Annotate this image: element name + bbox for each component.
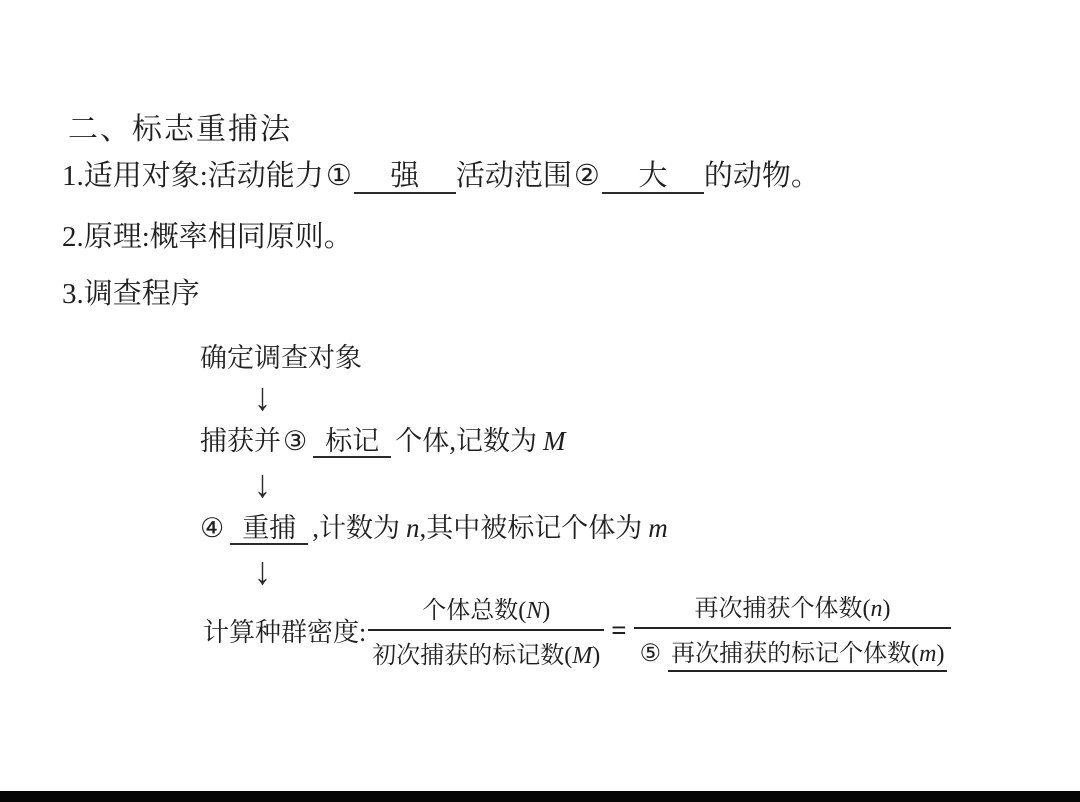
flow-step-1: 确定调查对象 — [200, 341, 362, 376]
step-3-middle-1: ,计数为 — [312, 513, 400, 543]
fraction-right-denominator: ⑤再次捕获的标记个体数(m) — [634, 629, 952, 672]
variable-m: m — [919, 641, 936, 667]
frac2-num-text: 再次捕获个体数 — [695, 596, 863, 622]
flow-step-2: 捕获并③标记个体,记数为M — [200, 424, 565, 459]
open-paren: ( — [863, 596, 871, 622]
bottom-black-bar — [0, 791, 1080, 802]
point-1-line: 1.适用对象:活动能力①强活动范围②大的动物。 — [62, 158, 820, 194]
page-title: 二、标志重捕法 — [68, 104, 292, 148]
variable-n: n — [871, 596, 883, 622]
blank-answer-4: 重捕 — [230, 513, 308, 545]
step-3-middle-2: ,其中被标记个体为 — [419, 513, 642, 543]
blank-answer-2: 大 — [602, 160, 704, 194]
close-paren: ) — [592, 643, 600, 669]
blank-answer-1: 强 — [354, 160, 456, 194]
point-3-line: 3.调查程序 — [62, 276, 200, 312]
variable-N: N — [526, 598, 542, 624]
close-paren: ) — [936, 641, 944, 667]
variable-n: n — [406, 513, 420, 543]
circled-number-2: ② — [572, 160, 602, 192]
circled-number-4: ④ — [198, 513, 226, 543]
frac2-den-text: 再次捕获的标记个体数 — [671, 641, 911, 667]
close-paren: ) — [883, 596, 891, 622]
variable-M: M — [572, 643, 592, 669]
circled-number-5: ⑤ — [638, 641, 664, 667]
open-paren: ( — [911, 641, 919, 667]
down-arrow-icon: ↓ — [254, 553, 271, 592]
fraction-right: 再次捕获个体数(n) ⑤再次捕获的标记个体数(m) — [634, 588, 952, 672]
equals-sign: = — [611, 615, 626, 646]
point-1-prefix: 1.适用对象:活动能力 — [62, 160, 324, 192]
frac1-num-text: 个体总数 — [422, 598, 518, 624]
fraction-left-denominator: 初次捕获的标记数(M) — [368, 631, 604, 670]
step-2-prefix: 捕获并 — [200, 426, 281, 456]
fraction-left: 个体总数(N) 初次捕获的标记数(M) — [368, 590, 604, 670]
density-formula: 计算种群密度: 个体总数(N) 初次捕获的标记数(M) = 再次捕获个体数(n)… — [203, 588, 951, 672]
textbook-page: 二、标志重捕法 1.适用对象:活动能力①强活动范围②大的动物。 2.原理:概率相… — [0, 0, 1080, 802]
blank-answer-5: 再次捕获的标记个体数(m) — [668, 633, 947, 672]
point-1-middle: 活动范围 — [456, 160, 572, 192]
blank-answer-3: 标记 — [313, 426, 391, 458]
step-2-middle: 个体,记数为 — [395, 426, 537, 456]
close-paren: ) — [542, 598, 550, 624]
down-arrow-icon: ↓ — [254, 466, 271, 505]
variable-m: m — [648, 513, 668, 543]
formula-label: 计算种群密度: — [203, 612, 366, 649]
circled-number-1: ① — [324, 160, 354, 192]
frac1-den-text: 初次捕获的标记数 — [372, 643, 564, 669]
fraction-left-numerator: 个体总数(N) — [368, 590, 604, 631]
point-2-line: 2.原理:概率相同原则。 — [62, 219, 353, 255]
variable-M: M — [543, 426, 566, 456]
down-arrow-icon: ↓ — [254, 379, 271, 418]
point-1-suffix: 的动物。 — [704, 160, 820, 192]
circled-number-3: ③ — [281, 426, 309, 456]
flow-step-3: ④重捕,计数为n,其中被标记个体为m — [198, 511, 668, 546]
fraction-right-numerator: 再次捕获个体数(n) — [634, 588, 952, 629]
